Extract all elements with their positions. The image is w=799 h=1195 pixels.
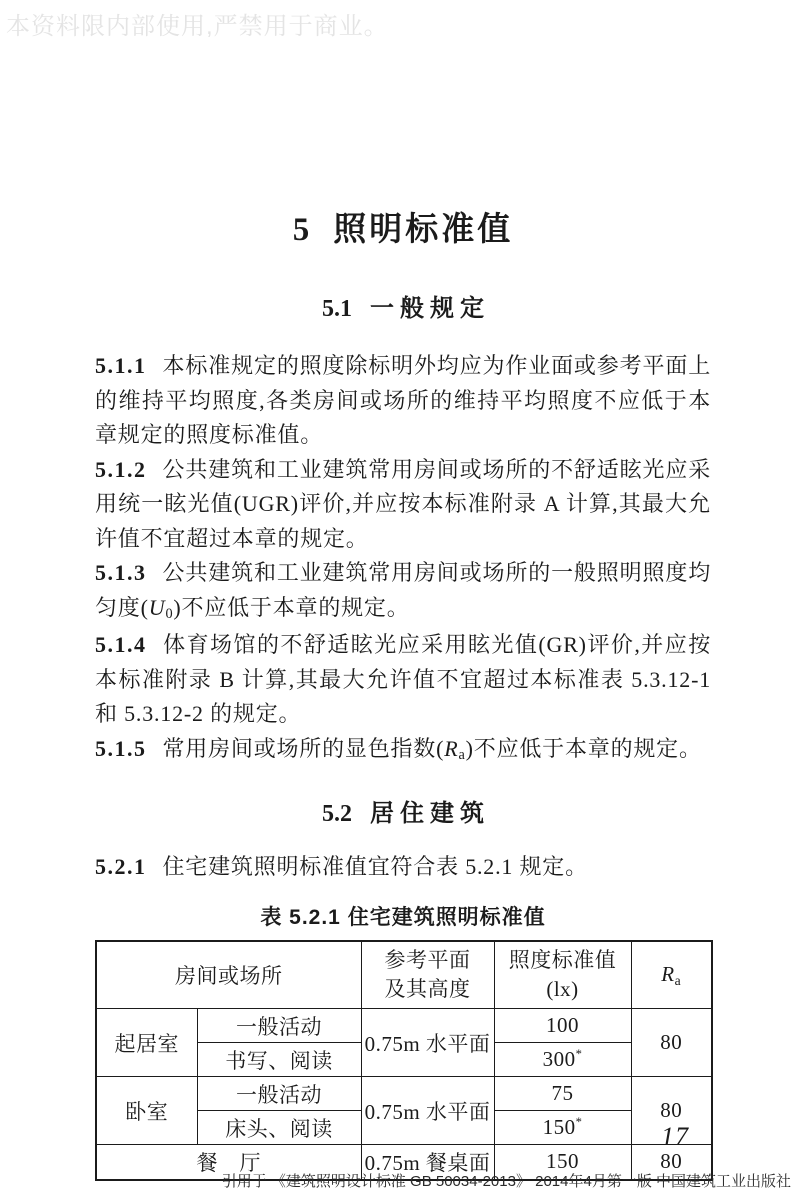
page-number: 17 (661, 1122, 689, 1152)
section-5-1-body: 5.1.1本标准规定的照度除标明外均应为作业面或参考平面上的维持平均照度,各类房… (95, 349, 711, 769)
table-row-bedroom-general: 卧室 一般活动 0.75m 水平面 75 80 (96, 1077, 712, 1111)
cell-lux: 300* (494, 1043, 631, 1077)
cell-activity: 一般活动 (197, 1009, 361, 1043)
header-reference-plane: 参考平面 及其高度 (361, 941, 494, 1009)
lux-value: 300 (543, 1047, 576, 1071)
header-reference-plane-line1: 参考平面 (362, 946, 494, 975)
paragraph-5-1-2-number: 5.1.2 (95, 457, 147, 482)
paragraph-5-1-1-number: 5.1.1 (95, 353, 147, 378)
cell-plane: 0.75m 水平面 (361, 1077, 494, 1145)
section-5-2-title: 居 住 建 筑 (370, 801, 484, 827)
paragraph-5-1-1-text: 本标准规定的照度除标明外均应为作业面或参考平面上的维持平均照度,各类房间或场所的… (95, 353, 711, 447)
lux-value: 75 (552, 1081, 574, 1105)
lux-value: 150 (543, 1115, 576, 1139)
header-ra-subscript: a (675, 973, 682, 988)
cell-room-bedroom: 卧室 (96, 1077, 197, 1145)
paragraph-5-2-1: 5.2.1住宅建筑照明标准值宜符合表 5.2.1 规定。 (95, 850, 711, 885)
paragraph-5-1-4: 5.1.4体育场馆的不舒适眩光应采用眩光值(GR)评价,并应按本标准附录 B 计… (95, 628, 711, 732)
cell-activity: 书写、阅读 (197, 1043, 361, 1077)
cell-ra: 80 (631, 1009, 712, 1077)
section-5-1-title: 一 般 规 定 (370, 296, 484, 322)
lux-footnote-mark: * (576, 1047, 583, 1061)
document-page: 本资料限内部使用,严禁用于商业。 5照明标准值 5.1一 般 规 定 5.1.1… (0, 0, 799, 1195)
paragraph-5-1-3-number: 5.1.3 (95, 560, 147, 585)
table-row-livingroom-general: 起居室 一般活动 0.75m 水平面 100 80 (96, 1009, 712, 1043)
cell-activity: 一般活动 (197, 1077, 361, 1111)
paragraph-5-1-3-text-after: )不应低于本章的规定。 (173, 595, 409, 620)
chapter-number: 5 (293, 212, 310, 248)
paragraph-5-1-3: 5.1.3公共建筑和工业建筑常用房间或场所的一般照明照度均匀度(U0)不应低于本… (95, 556, 711, 628)
paragraph-5-1-1: 5.1.1本标准规定的照度除标明外均应为作业面或参考平面上的维持平均照度,各类房… (95, 349, 711, 453)
chapter-heading: 5照明标准值 (95, 203, 711, 250)
cell-activity: 床头、阅读 (197, 1111, 361, 1145)
lux-footnote-mark: * (576, 1115, 583, 1129)
cell-room-livingroom: 起居室 (96, 1009, 197, 1077)
header-ra: Ra (631, 941, 712, 1009)
header-illuminance-line1: 照度标准值 (495, 946, 631, 975)
paragraph-5-1-5-number: 5.1.5 (95, 736, 147, 761)
table-caption: 表 5.2.1 住宅建筑照明标准值 (95, 901, 711, 931)
cell-lux: 150* (494, 1111, 631, 1145)
lighting-standard-table: 房间或场所 参考平面 及其高度 照度标准值 (lx) Ra 起居室 一般活动 0… (95, 940, 713, 1181)
cell-lux: 100 (494, 1009, 631, 1043)
paragraph-5-1-5: 5.1.5常用房间或场所的显色指数(Ra)不应低于本章的规定。 (95, 732, 711, 770)
paragraph-5-1-2: 5.1.2公共建筑和工业建筑常用房间或场所的不舒适眩光应采用统一眩光值(UGR)… (95, 453, 711, 557)
chapter-title: 照明标准值 (333, 212, 513, 248)
section-heading-5-2: 5.2居 住 建 筑 (95, 793, 711, 828)
cell-lux: 75 (494, 1077, 631, 1111)
citation-footer: 引用于 《建筑照明设计标准 GB 50034-2013》 2014年4月第一版 … (222, 1170, 791, 1191)
cell-plane: 0.75m 水平面 (361, 1009, 494, 1077)
header-room: 房间或场所 (96, 941, 361, 1009)
table-header-row: 房间或场所 参考平面 及其高度 照度标准值 (lx) Ra (96, 941, 712, 1009)
color-rendering-subscript: a (458, 747, 465, 763)
lux-value: 100 (546, 1013, 579, 1037)
paragraph-5-1-5-text-before: 常用房间或场所的显色指数( (163, 736, 445, 761)
paragraph-5-1-2-text: 公共建筑和工业建筑常用房间或场所的不舒适眩光应采用统一眩光值(UGR)评价,并应… (95, 457, 711, 551)
paragraph-5-2-1-number: 5.2.1 (95, 854, 147, 879)
section-5-1-number: 5.1 (322, 296, 352, 322)
header-illuminance: 照度标准值 (lx) (494, 941, 631, 1009)
paragraph-5-1-4-text: 体育场馆的不舒适眩光应采用眩光值(GR)评价,并应按本标准附录 B 计算,其最大… (95, 632, 711, 726)
section-5-2-number: 5.2 (322, 801, 352, 827)
paragraph-5-1-5-text-after: )不应低于本章的规定。 (466, 736, 702, 761)
header-ra-symbol: R (661, 962, 674, 986)
uniformity-symbol: U (149, 595, 166, 620)
header-illuminance-line2: (lx) (495, 975, 631, 1004)
page-content: 5照明标准值 5.1一 般 规 定 5.1.1本标准规定的照度除标明外均应为作业… (95, 0, 711, 1181)
section-heading-5-1: 5.1一 般 规 定 (95, 288, 711, 323)
uniformity-subscript: 0 (165, 606, 173, 622)
paragraph-5-1-4-number: 5.1.4 (95, 632, 147, 657)
paragraph-5-2-1-text: 住宅建筑照明标准值宜符合表 5.2.1 规定。 (163, 854, 588, 879)
color-rendering-symbol: R (444, 736, 458, 761)
header-reference-plane-line2: 及其高度 (362, 975, 494, 1004)
